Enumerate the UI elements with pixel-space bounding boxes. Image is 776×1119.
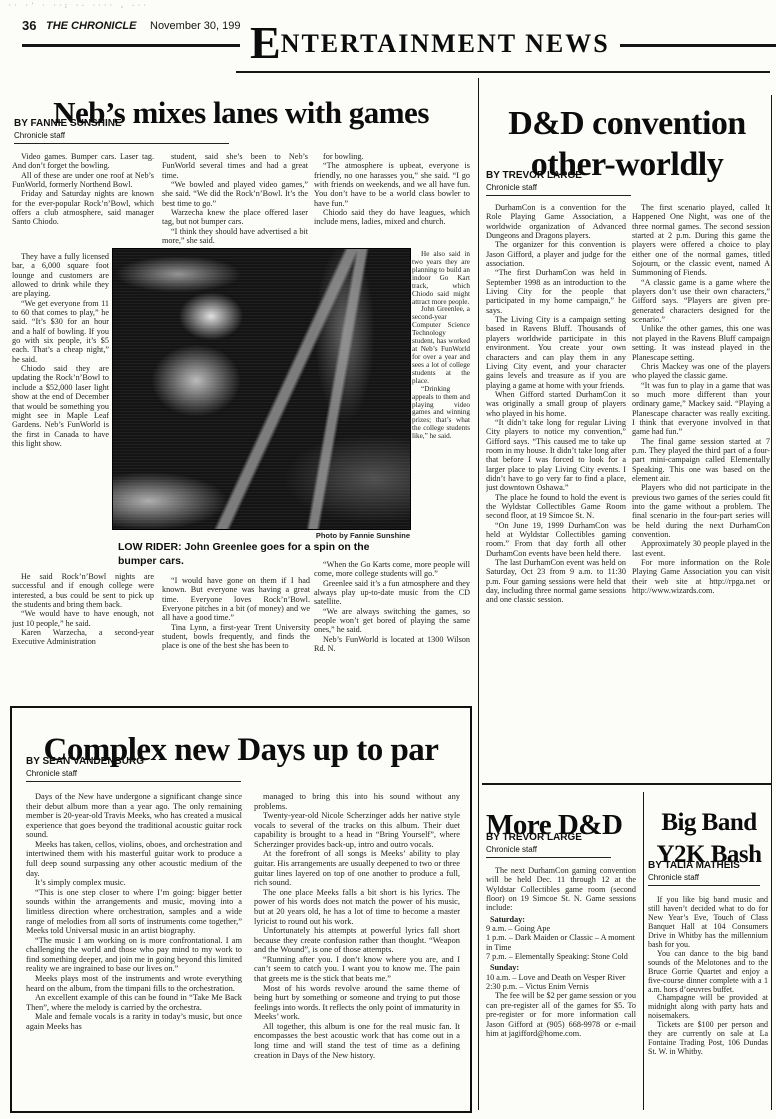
paragraph: Tina Lynn, a first-year Trent University…: [162, 623, 310, 651]
paragraph: Chiodo said they do have leagues, which …: [314, 208, 470, 227]
bigband-column: If you like big band music and still hav…: [648, 896, 768, 1110]
paragraph: Video games. Bumper cars. Laser tag. And…: [12, 152, 154, 171]
page-number: 36: [22, 18, 36, 33]
bigband-headline-line1: Big Band: [648, 807, 770, 840]
paragraph: The final game session started at 7 p.m.…: [632, 437, 770, 484]
dnd-col2: The first scenario played, called It Hap…: [632, 203, 770, 781]
paragraph: “The music I am working on is more confr…: [26, 936, 242, 974]
paragraph: The first scenario played, called It Hap…: [632, 203, 770, 278]
paragraph: The last DurhamCon event was held on Sat…: [486, 558, 626, 605]
paragraph: Warzecha knew the place offered laser ta…: [162, 208, 308, 227]
nebs-author: BY FANNIE SUNSHINE: [14, 118, 122, 129]
paragraph: 9 a.m. – Going Ape: [486, 924, 636, 933]
paragraph: 7 p.m. – Elementally Speaking: Stone Col…: [486, 952, 636, 961]
paragraph: Champagne will be provided at midnight a…: [648, 994, 768, 1021]
days-col2: managed to bring this into his sound wit…: [254, 792, 460, 1102]
dnd-author: BY TREVOR LARGE: [486, 170, 582, 181]
paragraph: Male and female vocals is a rarity in to…: [26, 1012, 242, 1031]
paragraph: John Greenlee, a second-year Computer Sc…: [412, 306, 470, 385]
paragraph: He also said in two years they are plann…: [412, 251, 470, 306]
more-dnd-byline: BY TREVOR LARGE Chronicle staff: [486, 832, 611, 858]
article-days: Complex new Days up to par BY SEAN VANDE…: [10, 706, 472, 1113]
nebs-col1-top: Video games. Bumper cars. Laser tag. And…: [12, 152, 154, 250]
paragraph: The place he found to hold the event is …: [486, 493, 626, 521]
masthead-rule-bottom: [236, 71, 770, 73]
more-dnd-column: The next DurhamCon gaming convention wil…: [486, 866, 636, 1110]
paragraph: Meeks plays most of the instruments and …: [26, 974, 242, 993]
paragraph: The fee will be $2 per game session or y…: [486, 991, 636, 1038]
issue-date: November 30, 1999: [150, 20, 247, 32]
paragraph: “I think they should have advertised a b…: [162, 227, 308, 246]
paragraph: “We bowled and played video games,” she …: [162, 180, 308, 208]
paragraph: For more information on the Role Playing…: [632, 558, 770, 595]
vertical-divider-main: [478, 78, 479, 1110]
bigband-author: BY TALIA MATHEIS: [648, 860, 740, 871]
paragraph: At the forefront of all songs is Meeks’ …: [254, 849, 460, 887]
paragraph: 10 a.m. – Love and Death on Vesper River: [486, 973, 636, 982]
dnd-byline: BY TREVOR LARGE Chronicle staff: [486, 170, 631, 196]
paragraph: Friday and Saturday nights are known for…: [12, 189, 154, 226]
nebs-col2-bottom: “I would have gone on them if I had know…: [162, 576, 310, 704]
paragraph: 1 p.m. – Dark Maiden or Classic – A mome…: [486, 933, 636, 952]
paragraph: Greenlee said it’s a fun atmosphere and …: [314, 579, 470, 607]
bumper-cars-photo: [112, 248, 411, 530]
paragraph: Tickets are $100 per person and they are…: [648, 1021, 768, 1057]
vertical-rule-right-edge: [771, 95, 772, 1110]
publication-name: THE CHRONICLE: [46, 20, 136, 32]
horizontal-divider-bottom-right: [482, 783, 772, 785]
bigband-staff-label: Chronicle staff: [648, 872, 760, 886]
paragraph: “Drinking appeals to them and playing vi…: [412, 386, 470, 441]
paragraph: “The atmosphere is upbeat, everyone is f…: [314, 161, 470, 208]
dnd-staff-label: Chronicle staff: [486, 182, 631, 196]
paragraph: If you like big band music and still hav…: [648, 896, 768, 950]
days-author: BY SEAN VANDENBURG: [26, 756, 144, 767]
newspaper-page: ·· ·' · ··; ·- ···· , -·· 36 THE CHRONIC…: [0, 0, 776, 1119]
schedule-day-label: Sunday:: [486, 963, 636, 972]
paragraph: The Living City is a campaign setting ba…: [486, 315, 626, 390]
paragraph: “We are always switching the games, so p…: [314, 607, 470, 635]
paragraph: It’s simply complex music.: [26, 878, 242, 888]
paragraph: DurhamCon is a convention for the Role P…: [486, 203, 626, 240]
paragraph: He said Rock’n’Bowl nights are successfu…: [12, 572, 154, 609]
paragraph: for bowling.: [314, 152, 470, 161]
paragraph: “A classic game is a game where the play…: [632, 278, 770, 325]
nebs-col3-bottom: “When the Go Karts come, more people wil…: [314, 560, 470, 705]
paragraph: Most of his words revolve around the sam…: [254, 984, 460, 1022]
paragraph: Unfortunately his attempts at powerful l…: [254, 926, 460, 955]
schedule-day-label: Saturday:: [486, 915, 636, 924]
photo-credit: Photo by Fannie Sunshine: [230, 531, 410, 540]
photo-caption: LOW RIDER: John Greenlee goes for a spin…: [118, 541, 410, 568]
paragraph: All together, this album is one for the …: [254, 1022, 460, 1060]
paragraph: “It didn’t take long for regular Living …: [486, 418, 626, 493]
paragraph: Chris Mackey was one of the players who …: [632, 362, 770, 381]
paragraph: When Gifford started DurhamCon it was or…: [486, 390, 626, 418]
paragraph: Chiodo said they are updating the Rock’n…: [12, 364, 109, 448]
paragraph: The one place Meeks falls a bit short is…: [254, 888, 460, 926]
paragraph: 2:30 p.m. – Victus Enim Vernis: [486, 982, 636, 991]
days-staff-label: Chronicle staff: [26, 768, 241, 782]
paragraph: Karen Warzecha, a second-year Executive …: [12, 628, 154, 647]
paragraph: “We would have to have enough, not just …: [12, 609, 154, 628]
section-masthead: ENTERTAINMENT NEWS: [240, 20, 620, 66]
masthead-title: NTERTAINMENT NEWS: [281, 29, 610, 58]
page-header: 36 THE CHRONICLE November 30, 1999 ENTER…: [0, 0, 776, 76]
vertical-divider-briefs: [643, 792, 644, 1110]
paragraph: Days of the New have undergone a signifi…: [26, 792, 242, 840]
paragraph: “This is one step closer to where I’m go…: [26, 888, 242, 936]
nebs-col3-mid: He also said in two years they are plann…: [412, 251, 470, 529]
saturday-schedule: 9 a.m. – Going Ape1 p.m. – Dark Maiden o…: [486, 924, 636, 961]
paragraph: managed to bring this into his sound wit…: [254, 792, 460, 811]
dnd-col1: DurhamCon is a convention for the Role P…: [486, 203, 626, 781]
paragraph: Twenty-year-old Nicole Scherzinger adds …: [254, 811, 460, 849]
dnd-headline-line1: D&D convention: [484, 103, 770, 144]
nebs-staff-label: Chronicle staff: [14, 130, 229, 144]
masthead-initial: E: [250, 17, 281, 68]
paragraph: student, said she’s been to Neb’s FunWor…: [162, 152, 308, 180]
paragraph: You can dance to the big band sounds of …: [648, 950, 768, 995]
nebs-col1-bottom: He said Rock’n’Bowl nights are successfu…: [12, 572, 154, 704]
days-col1: Days of the New have undergone a signifi…: [26, 792, 242, 1102]
paragraph: “It was fun to play in a game that was s…: [632, 381, 770, 437]
more-dnd-staff-label: Chronicle staff: [486, 844, 611, 858]
nebs-col1-mid: They have a fully licensed bar, a 6,000 …: [12, 252, 109, 570]
paragraph: All of these are under one roof at Neb’s…: [12, 171, 154, 190]
paragraph: Meeks has taken, cellos, violins, oboes,…: [26, 840, 242, 878]
nebs-col3-top: for bowling.“The atmosphere is upbeat, e…: [314, 152, 470, 249]
paragraph: Unlike the other games, this one was not…: [632, 324, 770, 361]
nebs-byline: BY FANNIE SUNSHINE Chronicle staff: [14, 118, 229, 144]
bigband-byline: BY TALIA MATHEIS Chronicle staff: [648, 860, 760, 886]
paragraph: “I would have gone on them if I had know…: [162, 576, 310, 623]
paragraph: An excellent example of this can be foun…: [26, 993, 242, 1012]
paragraph: Approximately 30 people played in the la…: [632, 539, 770, 558]
paragraph: “On June 19, 1999 DurhamCon was held at …: [486, 521, 626, 558]
more-dnd-author: BY TREVOR LARGE: [486, 832, 582, 843]
paragraph: “Running after you. I don’t know where y…: [254, 955, 460, 984]
nebs-col2-top: student, said she’s been to Neb’s FunWor…: [162, 152, 308, 248]
paragraph: “We get everyone from 11 to 60 that come…: [12, 299, 109, 364]
days-byline: BY SEAN VANDENBURG Chronicle staff: [26, 756, 241, 782]
paragraph: The next DurhamCon gaming convention wil…: [486, 866, 636, 913]
sunday-schedule: 10 a.m. – Love and Death on Vesper River…: [486, 973, 636, 992]
paragraph: Players who did not participate in the p…: [632, 483, 770, 539]
paragraph: The organizer for this convention is Jas…: [486, 240, 626, 268]
paragraph: “The first DurhamCon was held in Septemb…: [486, 268, 626, 315]
paragraph: Neb’s FunWorld is located at 1300 Wilson…: [314, 635, 470, 654]
paragraph: They have a fully licensed bar, a 6,000 …: [12, 252, 109, 299]
